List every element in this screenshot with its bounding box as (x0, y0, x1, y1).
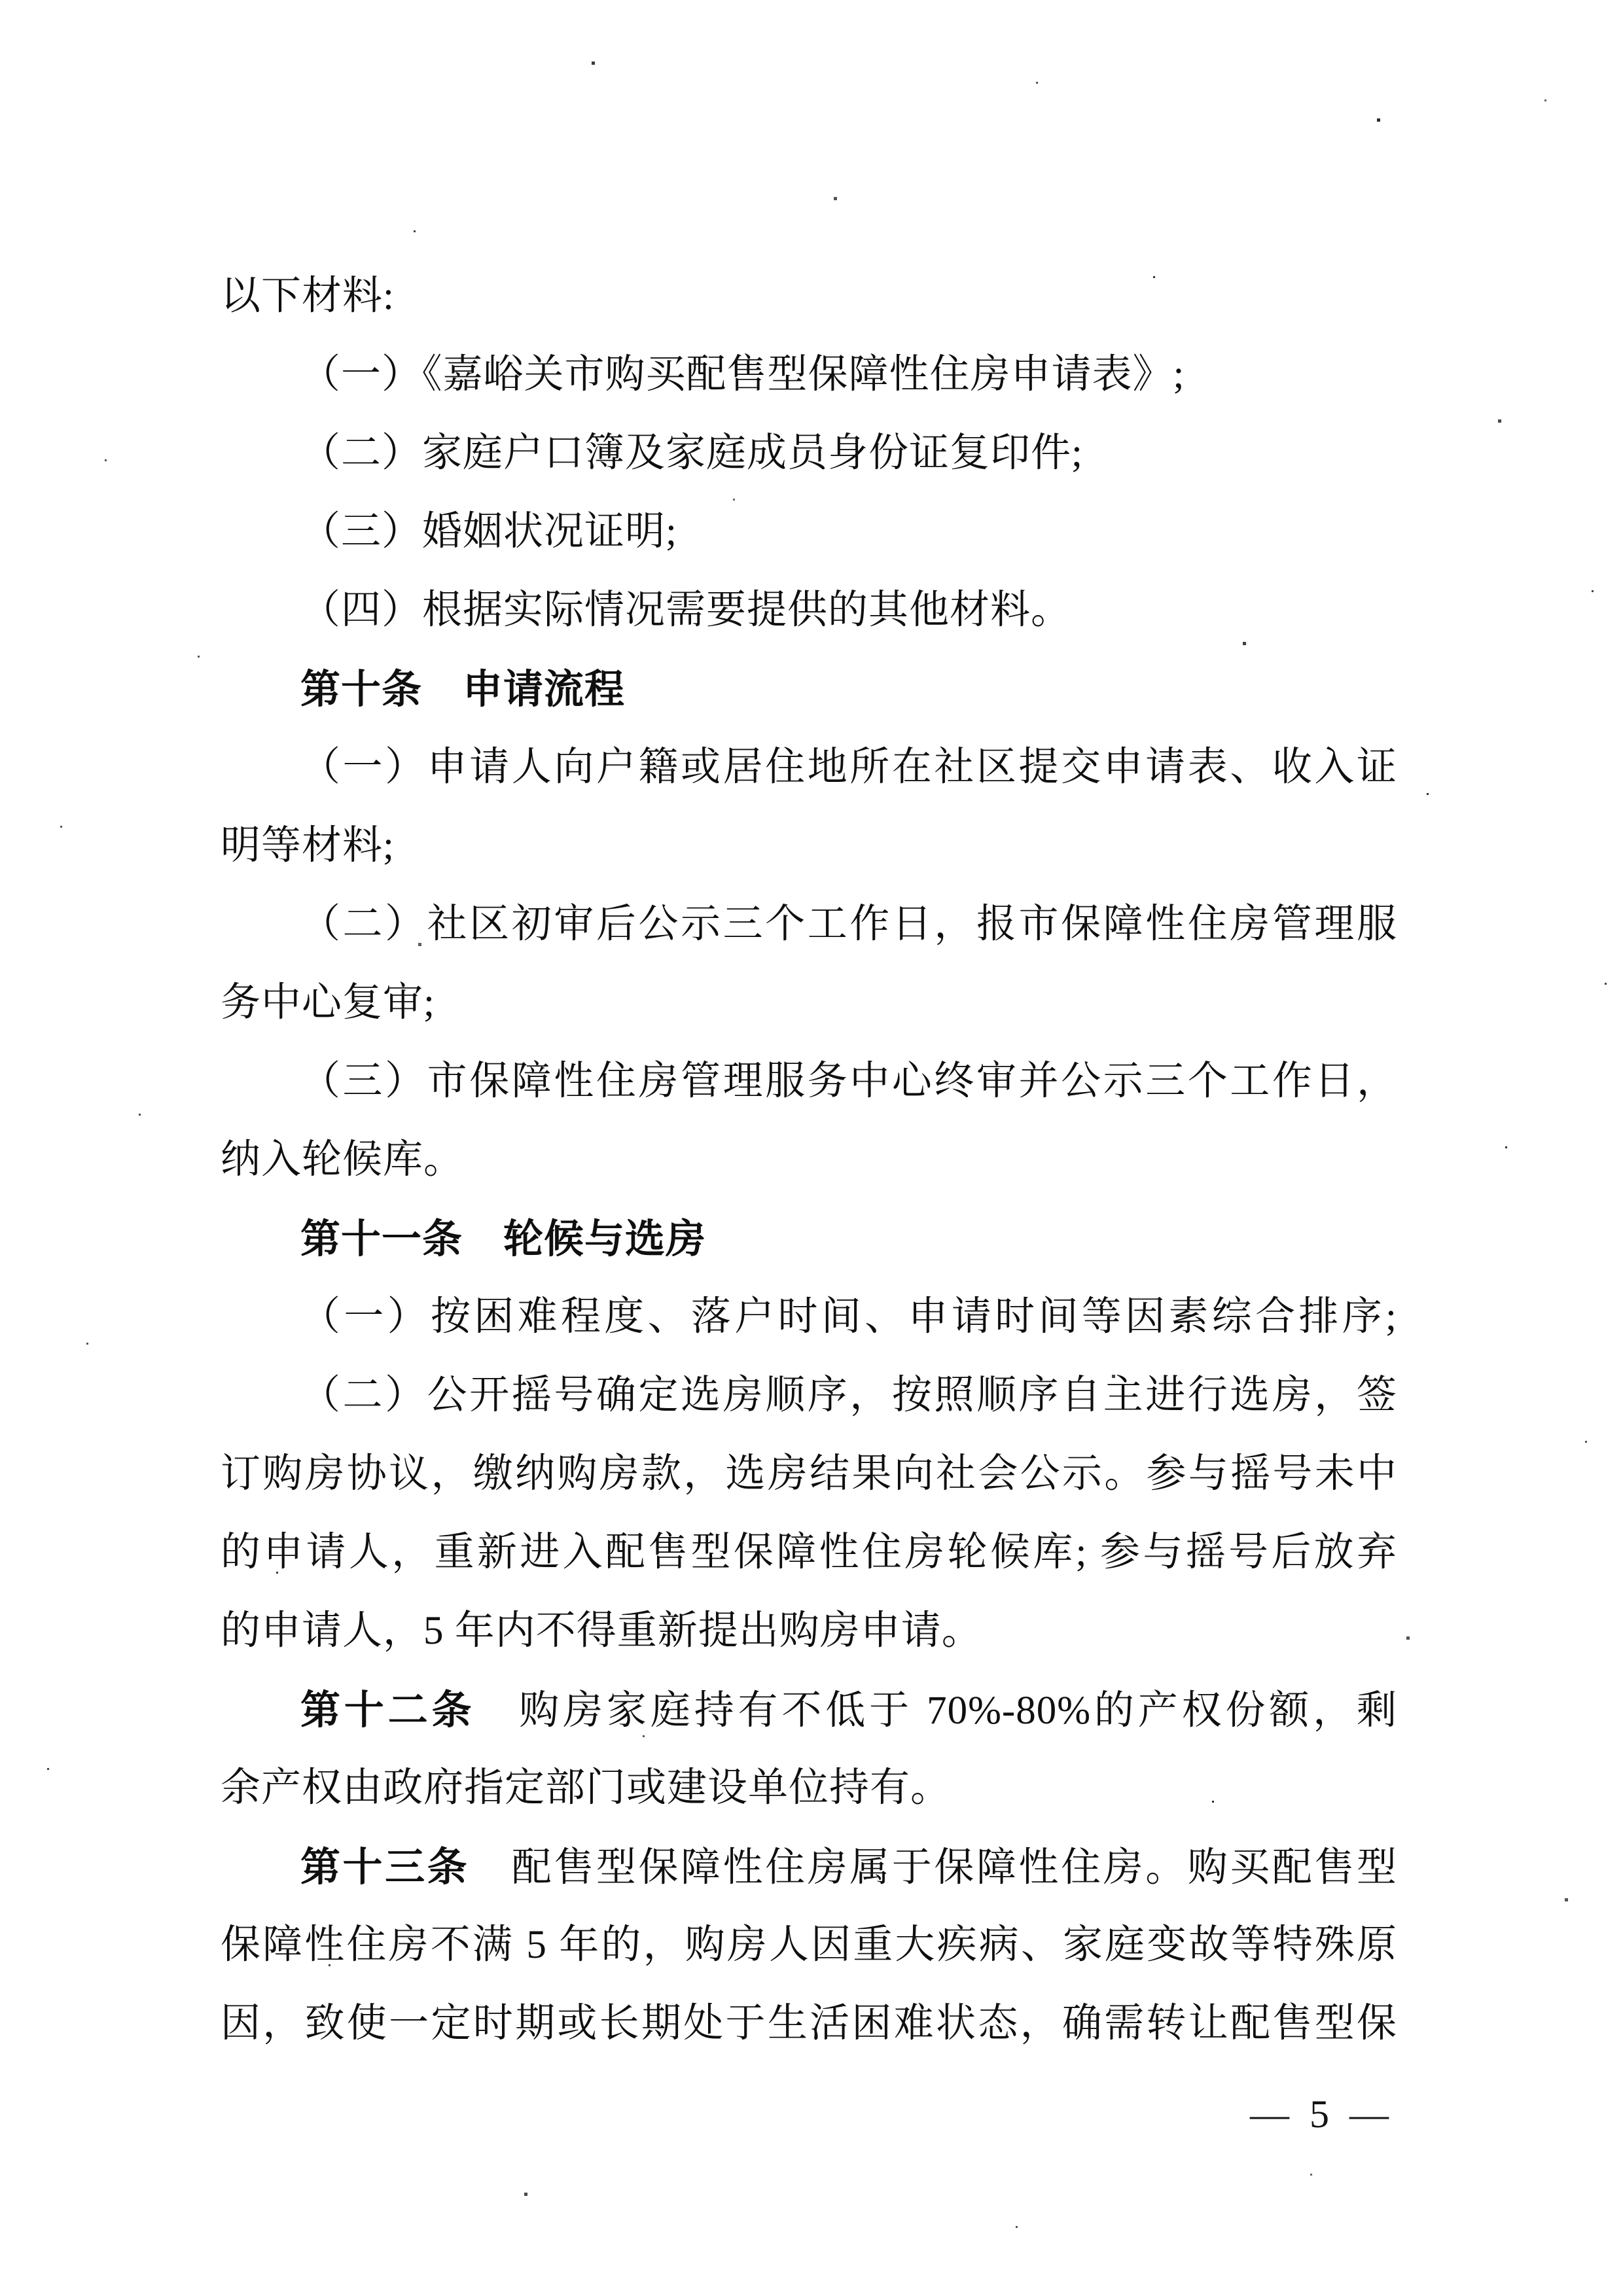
text-run: （四）根据实际情况需要提供的其他材料。 (300, 588, 1071, 632)
text-line: 余产权由政府指定部门或建设单位持有。 (221, 1749, 1397, 1828)
text-line: （四）根据实际情况需要提供的其他材料。 (221, 571, 1397, 650)
text-line: （二）家庭户口簿及家庭成员身份证复印件; (221, 414, 1397, 493)
text-line: 订购房协议，缴纳购房款，选房结果向社会公示。参与摇号未中 (221, 1435, 1397, 1513)
text-run: （二）家庭户口簿及家庭成员身份证复印件; (300, 431, 1083, 475)
text-line: 保障性住房不满 5 年的，购房人因重大疾病、家庭变故等特殊原 (221, 1906, 1397, 1985)
text-line: 以下材料: (221, 257, 1397, 336)
document-page: 以下材料:（一）《嘉峪关市购买配售型保障性住房申请表》;（二）家庭户口簿及家庭成… (0, 0, 1623, 2296)
text-run: 购房家庭持有不低于 70%-80%的产权份额，剩 (475, 1689, 1397, 1733)
text-run: （二）社区初审后公示三个工作日，报市保障性住房管理服 (300, 902, 1397, 946)
document-text: 以下材料:（一）《嘉峪关市购买配售型保障性住房申请表》;（二）家庭户口簿及家庭成… (221, 257, 1397, 2063)
text-line: 务中心复审; (221, 964, 1397, 1042)
text-run: 余产权由政府指定部门或建设单位持有。 (221, 1766, 951, 1810)
text-line: 第十条 申请流程 (221, 650, 1397, 728)
text-run: 的申请人，5 年内不得重新提出购房申请。 (221, 1609, 982, 1653)
article-number: 第十三条 (300, 1845, 469, 1889)
text-line: 第十三条 配售型保障性住房属于保障性住房。购买配售型 (221, 1828, 1397, 1906)
page-number: — 5 — (1217, 2093, 1427, 2136)
text-run: 因，致使一定时期或长期处于生活困难状态，确需转让配售型保 (221, 2002, 1397, 2045)
text-line: （二）公开摇号确定选房顺序，按照顺序自主进行选房，签 (221, 1356, 1397, 1435)
text-run: 配售型保障性住房属于保障性住房。购买配售型 (469, 1846, 1397, 1890)
text-run: （二）公开摇号确定选房顺序，按照顺序自主进行选房，签 (300, 1373, 1397, 1417)
text-line: （二）社区初审后公示三个工作日，报市保障性住房管理服 (221, 885, 1397, 964)
text-line: （一）申请人向户籍或居住地所在社区提交申请表、收入证 (221, 728, 1397, 807)
text-run: （一）按困难程度、落户时间、申请时间等因素综合排序; (300, 1295, 1397, 1339)
text-run: 纳入轮候库。 (221, 1138, 464, 1182)
text-run: （一）《嘉峪关市购买配售型保障性住房申请表》; (300, 353, 1185, 397)
text-line: 明等材料; (221, 807, 1397, 885)
text-run: （三）市保障性住房管理服务中心终审并公示三个工作日， (300, 1059, 1397, 1103)
text-line: 纳入轮候库。 (221, 1121, 1397, 1199)
article-number: 第十条 (300, 667, 422, 711)
text-line: （一）《嘉峪关市购买配售型保障性住房申请表》; (221, 336, 1397, 414)
text-line: （一）按困难程度、落户时间、申请时间等因素综合排序; (221, 1278, 1397, 1356)
text-line: 因，致使一定时期或长期处于生活困难状态，确需转让配售型保 (221, 1985, 1397, 2063)
text-run: （一）申请人向户籍或居住地所在社区提交申请表、收入证 (300, 745, 1397, 789)
article-number: 第十一条 (300, 1216, 463, 1261)
text-run: 以下材料: (221, 274, 395, 318)
text-line: 的申请人，重新进入配售型保障性住房轮候库; 参与摇号后放弃 (221, 1513, 1397, 1592)
text-run: 轮候与选房 (463, 1218, 706, 1262)
text-run: （三）婚姻状况证明; (300, 510, 677, 554)
text-run: 的申请人，重新进入配售型保障性住房轮候库; 参与摇号后放弃 (221, 1530, 1397, 1574)
text-line: 第十二条 购房家庭持有不低于 70%-80%的产权份额，剩 (221, 1670, 1397, 1749)
text-run: 务中心复审; (221, 981, 435, 1025)
text-run: 订购房协议，缴纳购房款，选房结果向社会公示。参与摇号未中 (221, 1452, 1397, 1496)
text-run: 保障性住房不满 5 年的，购房人因重大疾病、家庭变故等特殊原 (221, 1923, 1397, 1967)
article-number: 第十二条 (300, 1687, 475, 1732)
text-line: 的申请人，5 年内不得重新提出购房申请。 (221, 1592, 1397, 1670)
text-run: 申请流程 (422, 668, 625, 712)
scan-noise (0, 0, 2, 2)
text-line: （三）婚姻状况证明; (221, 493, 1397, 571)
text-line: 第十一条 轮候与选房 (221, 1199, 1397, 1278)
text-run: 明等材料; (221, 824, 395, 868)
text-line: （三）市保障性住房管理服务中心终审并公示三个工作日， (221, 1042, 1397, 1121)
